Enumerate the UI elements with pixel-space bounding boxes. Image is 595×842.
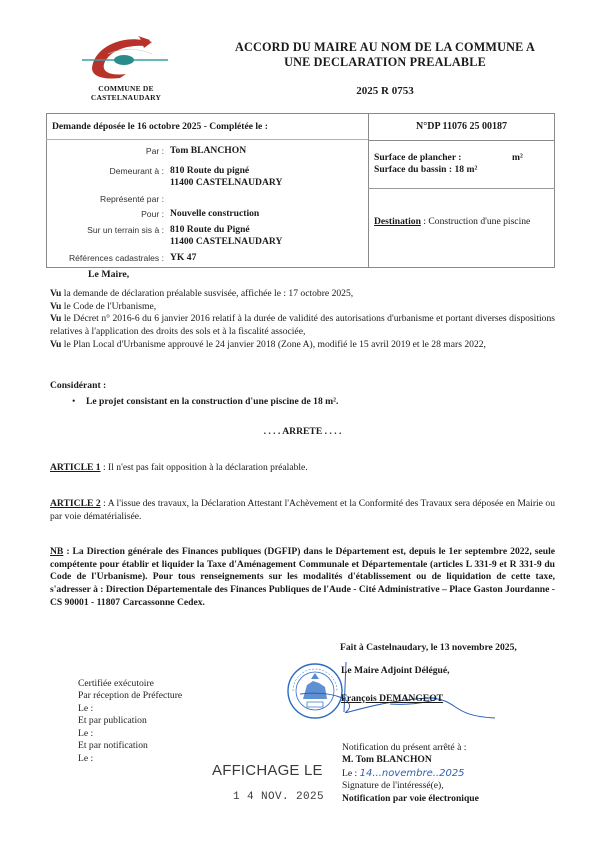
notification-le: Le : <box>342 768 360 779</box>
article-2-text: : A l'issue des travaux, la Déclaration … <box>50 498 555 522</box>
title-line-1: ACCORD DU MAIRE AU NOM DE LA COMMUNE A <box>210 40 560 55</box>
row-label: Par : <box>46 146 164 157</box>
surface-info: Surface de plancher : Surface du bassin … <box>374 152 477 177</box>
dp-number: N°DP 11076 25 00187 <box>368 121 555 134</box>
le-maire-heading: Le Maire, <box>88 269 129 281</box>
notification-recipient: M. Tom BLANCHON <box>342 754 479 766</box>
caption-line-1: COMMUNE DE <box>70 84 182 93</box>
row-label: Demeurant à : <box>46 166 164 177</box>
row-value: 810 Route du Pigné <box>170 224 250 236</box>
demande-date: Demande déposée le 16 octobre 2025 - Com… <box>52 121 268 133</box>
certification-line: Par réception de Préfecture <box>78 690 182 702</box>
box-divider <box>46 139 368 140</box>
row-value: Tom BLANCHON <box>170 145 246 157</box>
notification-date-line: Le : 14...novembre..2025 <box>342 767 479 780</box>
title-line-2: UNE DECLARATION PREALABLE <box>210 55 560 70</box>
vu-item: Vu le Plan Local d'Urbanisme approuvé le… <box>50 339 555 352</box>
signer-title: Le Maire Adjoint Délégué, <box>341 665 450 677</box>
destination-label: Destination <box>374 216 421 227</box>
nb-note: NB : La Direction générale des Finances … <box>50 546 555 609</box>
signer-name: François DEMANGEOT <box>341 693 443 705</box>
notification-method: Notification par voie électronique <box>342 793 479 805</box>
considerant-item: •Le projet consistant en la construction… <box>72 396 338 408</box>
row-value-line-2: 11400 CASTELNAUDARY <box>170 236 282 248</box>
certification-line: Le : <box>78 703 182 715</box>
reference-number: 2025 R 0753 <box>210 85 560 99</box>
article-1-label: ARTICLE 1 <box>50 462 101 473</box>
article-1-text: : Il n'est pas fait opposition à la décl… <box>101 462 308 473</box>
article-2: ARTICLE 2 : A l'issue des travaux, la Dé… <box>50 498 555 523</box>
row-value: Nouvelle construction <box>170 208 259 220</box>
nb-text: : La Direction générale des Finances pub… <box>50 546 555 608</box>
document-title: ACCORD DU MAIRE AU NOM DE LA COMMUNE A U… <box>210 40 560 71</box>
commune-logo-icon <box>80 34 172 84</box>
box-divider <box>368 140 555 141</box>
row-label: Représenté par : <box>46 194 164 205</box>
certification-line: Et par notification <box>78 740 182 752</box>
certification-line: Le : <box>78 728 182 740</box>
caption-line-2: CASTELNAUDARY <box>70 93 182 102</box>
application-info-box <box>46 113 555 268</box>
box-divider <box>368 113 369 268</box>
row-label: Sur un terrain sis à : <box>46 225 164 236</box>
vu-text: le Décret n° 2016-6 du 6 janvier 2016 re… <box>50 313 555 337</box>
surface-plancher-unit: m² <box>512 152 523 164</box>
vu-item: Vu le Code de l'Urbanisme, <box>50 301 555 314</box>
row-value: 810 Route du pigné <box>170 165 249 177</box>
affichage-stamp-label: AFFICHAGE LE <box>212 762 323 781</box>
arrete-heading: . . . . ARRETE . . . . <box>50 426 555 438</box>
vu-prefix: Vu <box>50 301 61 312</box>
notification-line: Notification du présent arrêté à : <box>342 742 479 754</box>
fait-a-date: Fait à Castelnaudary, le 13 novembre 202… <box>340 642 555 654</box>
row-label: Pour : <box>46 209 164 220</box>
surface-bassin: Surface du bassin : 18 m² <box>374 164 477 176</box>
destination: Destination : Construction d'une piscine <box>374 216 552 228</box>
article-2-label: ARTICLE 2 <box>50 498 101 509</box>
vu-prefix: Vu <box>50 288 61 299</box>
vu-item: Vu le Décret n° 2016-6 du 6 janvier 2016… <box>50 313 555 338</box>
article-1: ARTICLE 1 : Il n'est pas fait opposition… <box>50 462 555 474</box>
commune-name-caption: COMMUNE DE CASTELNAUDARY <box>70 84 182 102</box>
certification-line: Certifiée exécutoire <box>78 678 182 690</box>
affichage-stamp-date: 1 4 NOV. 2025 <box>233 791 324 805</box>
row-value: YK 47 <box>170 252 196 264</box>
row-value-line-2: 11400 CASTELNAUDARY <box>170 177 282 189</box>
notification-block: Notification du présent arrêté à : M. To… <box>342 742 479 805</box>
notification-signature-line: Signature de l'intéressé(e), <box>342 780 479 792</box>
considerant-text: Le projet consistant en la construction … <box>86 396 338 407</box>
destination-value: : Construction d'une piscine <box>421 216 530 227</box>
row-label: Références cadastrales : <box>46 253 164 264</box>
vu-text: le Code de l'Urbanisme, <box>61 301 156 312</box>
vu-prefix: Vu <box>50 313 61 324</box>
vu-item: Vu la demande de déclaration préalable s… <box>50 288 555 301</box>
considerant-heading: Considérant : <box>50 380 106 392</box>
bullet-icon: • <box>72 396 86 408</box>
vu-text: le Plan Local d'Urbanisme approuvé le 24… <box>61 339 486 350</box>
certification-line: Le : <box>78 753 182 765</box>
box-divider <box>368 188 555 189</box>
vu-prefix: Vu <box>50 339 61 350</box>
nb-label: NB <box>50 546 63 557</box>
vu-list: Vu la demande de déclaration préalable s… <box>50 288 555 351</box>
certification-block: Certifiée exécutoire Par réception de Pr… <box>78 678 182 765</box>
certification-line: Et par publication <box>78 715 182 727</box>
surface-plancher: Surface de plancher : <box>374 152 477 164</box>
vu-text: la demande de déclaration préalable susv… <box>61 288 353 299</box>
handwritten-date: 14...novembre..2025 <box>360 768 465 779</box>
